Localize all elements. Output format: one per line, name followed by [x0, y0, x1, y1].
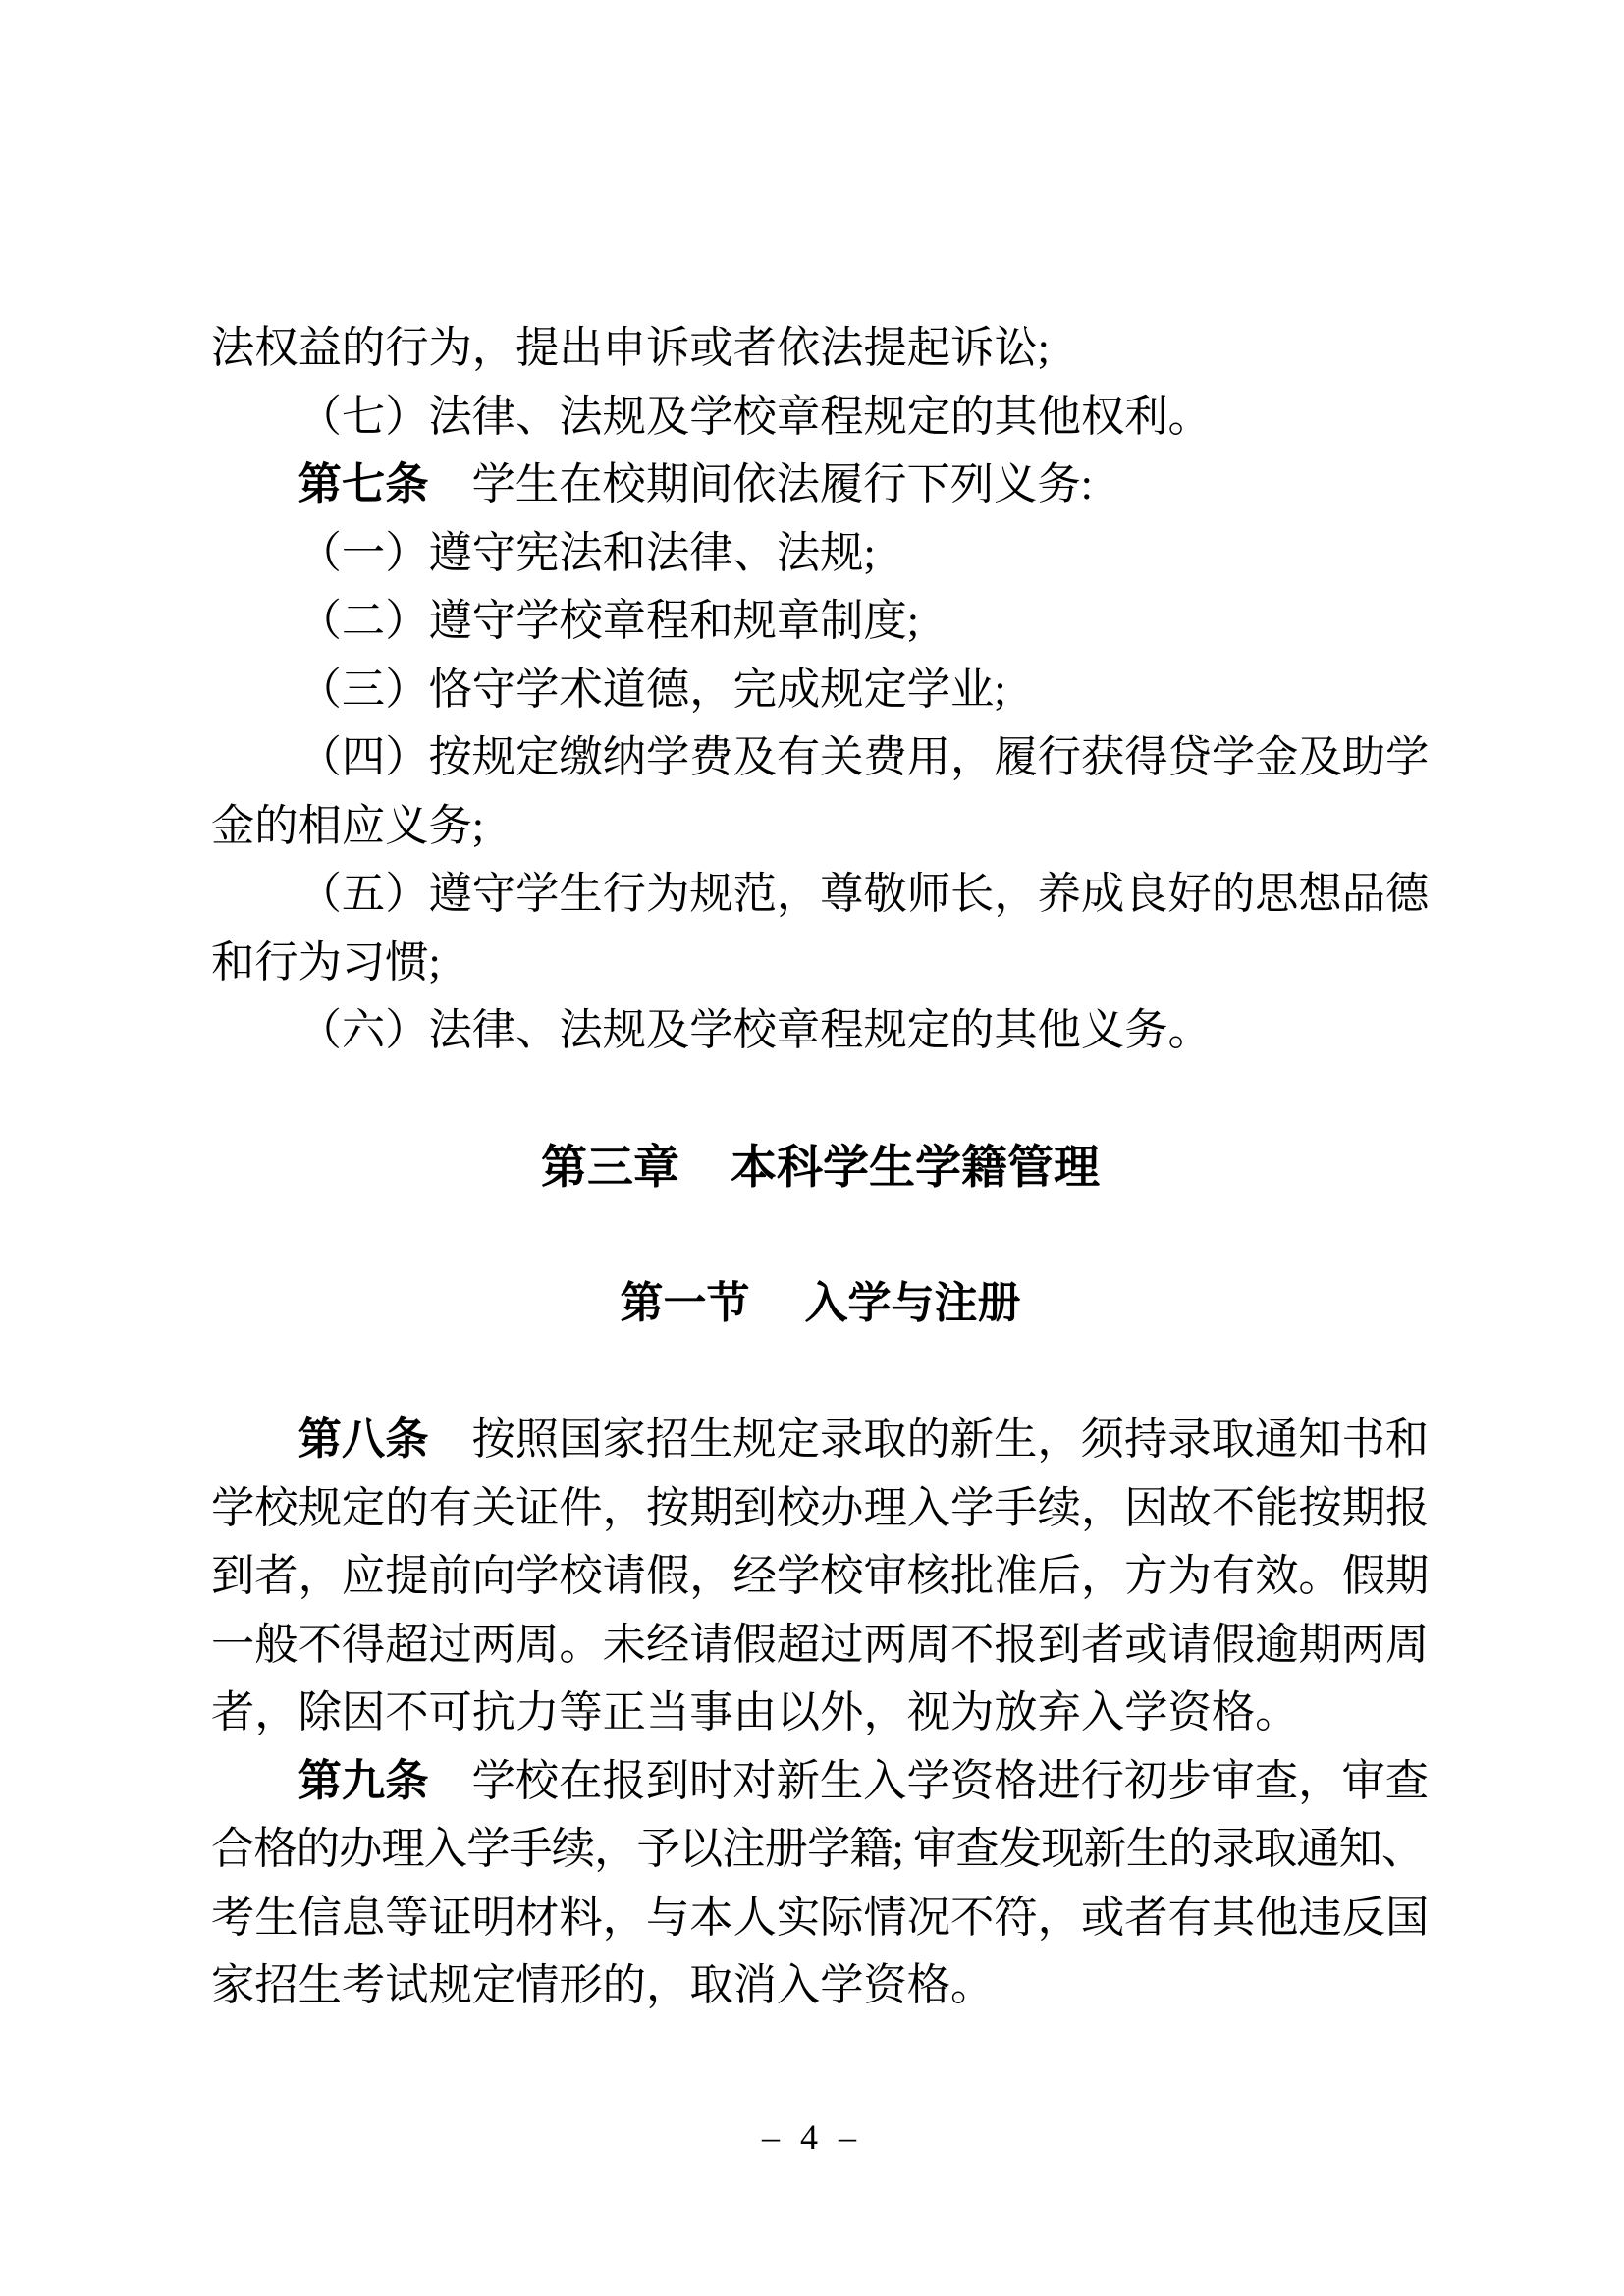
section-heading: 第一节入学与注册: [211, 1269, 1430, 1338]
article-line: 第九条学校在报到时对新生入学资格进行初步审查，审查: [211, 1747, 1430, 1816]
line-text: 合格的办理入学手续，予以注册学籍; 审查发现新生的录取通知、: [211, 1825, 1424, 1873]
line-text: （一）遵守宪法和法律、法规;: [298, 529, 876, 577]
list-item-line: （一）遵守宪法和法律、法规;: [211, 519, 1430, 588]
article-label: 第九条: [298, 1757, 429, 1805]
section-number: 第一节: [621, 1279, 750, 1327]
line-text: （七）法律、法规及学校章程规定的其他权利。: [298, 393, 1212, 441]
section-title: 入学与注册: [805, 1279, 1021, 1327]
list-item-line: （三）恪守学术道德，完成规定学业;: [211, 656, 1430, 724]
line-text: 一般不得超过两周。未经请假超过两周不报到者或请假逾期两周: [211, 1621, 1429, 1669]
chapter-title: 本科学生学籍管理: [731, 1141, 1100, 1193]
line-text: 学校在报到时对新生入学资格进行初步审查，审查: [472, 1757, 1430, 1805]
chapter-number: 第三章: [541, 1141, 679, 1193]
line-text: 家招生考试规定情形的，取消入学资格。: [211, 1961, 994, 2009]
page-number-text: – 4 –: [762, 2117, 862, 2157]
paragraph-line: 者，除因不可抗力等正当事由以外，视为放弃入学资格。: [211, 1679, 1430, 1747]
article-line: 第八条按照国家招生规定录取的新生，须持录取通知书和: [211, 1406, 1430, 1474]
article-label: 第八条: [298, 1415, 429, 1464]
list-item-line: （四）按规定缴纳学费及有关费用，履行获得贷学金及助学: [211, 723, 1430, 792]
article-label: 第七条: [298, 460, 429, 508]
paragraph-line: （七）法律、法规及学校章程规定的其他权利。: [211, 383, 1430, 452]
list-item-line: （六）法律、法规及学校章程规定的其他义务。: [211, 996, 1430, 1065]
paragraph-line: 到者，应提前向学校请假，经学校审核批准后，方为有效。假期: [211, 1542, 1430, 1611]
document-content: 法权益的行为，提出申诉或者依法提起诉讼; （七）法律、法规及学校章程规定的其他权…: [211, 314, 1430, 2020]
article-line: 第七条学生在校期间依法履行下列义务:: [211, 451, 1430, 519]
line-text: 学生在校期间依法履行下列义务:: [472, 460, 1093, 508]
list-item-line: （二）遵守学校章程和规章制度;: [211, 587, 1430, 656]
line-text: （六）法律、法规及学校章程规定的其他义务。: [298, 1006, 1212, 1054]
line-text: （四）按规定缴纳学费及有关费用，履行获得贷学金及助学: [298, 733, 1430, 781]
list-item-line: （五）遵守学生行为规范，尊敬师长，养成良好的思想品德: [211, 860, 1430, 929]
line-text: 按照国家招生规定录取的新生，须持录取通知书和: [472, 1415, 1430, 1464]
paragraph-line: 合格的办理入学手续，予以注册学籍; 审查发现新生的录取通知、: [211, 1815, 1430, 1884]
line-text: （三）恪守学术道德，完成规定学业;: [298, 666, 1006, 714]
paragraph-line: 考生信息等证明材料，与本人实际情况不符，或者有其他违反国: [211, 1884, 1430, 1952]
paragraph-line: 学校规定的有关证件，按期到校办理入学手续，因故不能按期报: [211, 1474, 1430, 1543]
line-text: 和行为习惯;: [211, 938, 441, 987]
line-text: 者，除因不可抗力等正当事由以外，视为放弃入学资格。: [211, 1688, 1298, 1736]
line-text: 考生信息等证明材料，与本人实际情况不符，或者有其他违反国: [211, 1894, 1429, 1942]
paragraph-line: 家招生考试规定情形的，取消入学资格。: [211, 1951, 1430, 2020]
line-text: 法权益的行为，提出申诉或者依法提起诉讼;: [211, 324, 1050, 372]
line-text: （五）遵守学生行为规范，尊敬师长，养成良好的思想品德: [298, 870, 1430, 918]
paragraph-line: 和行为习惯;: [211, 929, 1430, 997]
paragraph-line: 金的相应义务;: [211, 792, 1430, 861]
line-text: 到者，应提前向学校请假，经学校审核批准后，方为有效。假期: [211, 1552, 1429, 1600]
page-number: – 4 –: [0, 2117, 1624, 2157]
paragraph-line: 法权益的行为，提出申诉或者依法提起诉讼;: [211, 314, 1430, 383]
chapter-heading: 第三章本科学生学籍管理: [211, 1133, 1430, 1201]
line-text: 金的相应义务;: [211, 802, 484, 850]
line-text: （二）遵守学校章程和规章制度;: [298, 597, 919, 645]
line-text: 学校规定的有关证件，按期到校办理入学手续，因故不能按期报: [211, 1484, 1429, 1532]
paragraph-line: 一般不得超过两周。未经请假超过两周不报到者或请假逾期两周: [211, 1611, 1430, 1680]
